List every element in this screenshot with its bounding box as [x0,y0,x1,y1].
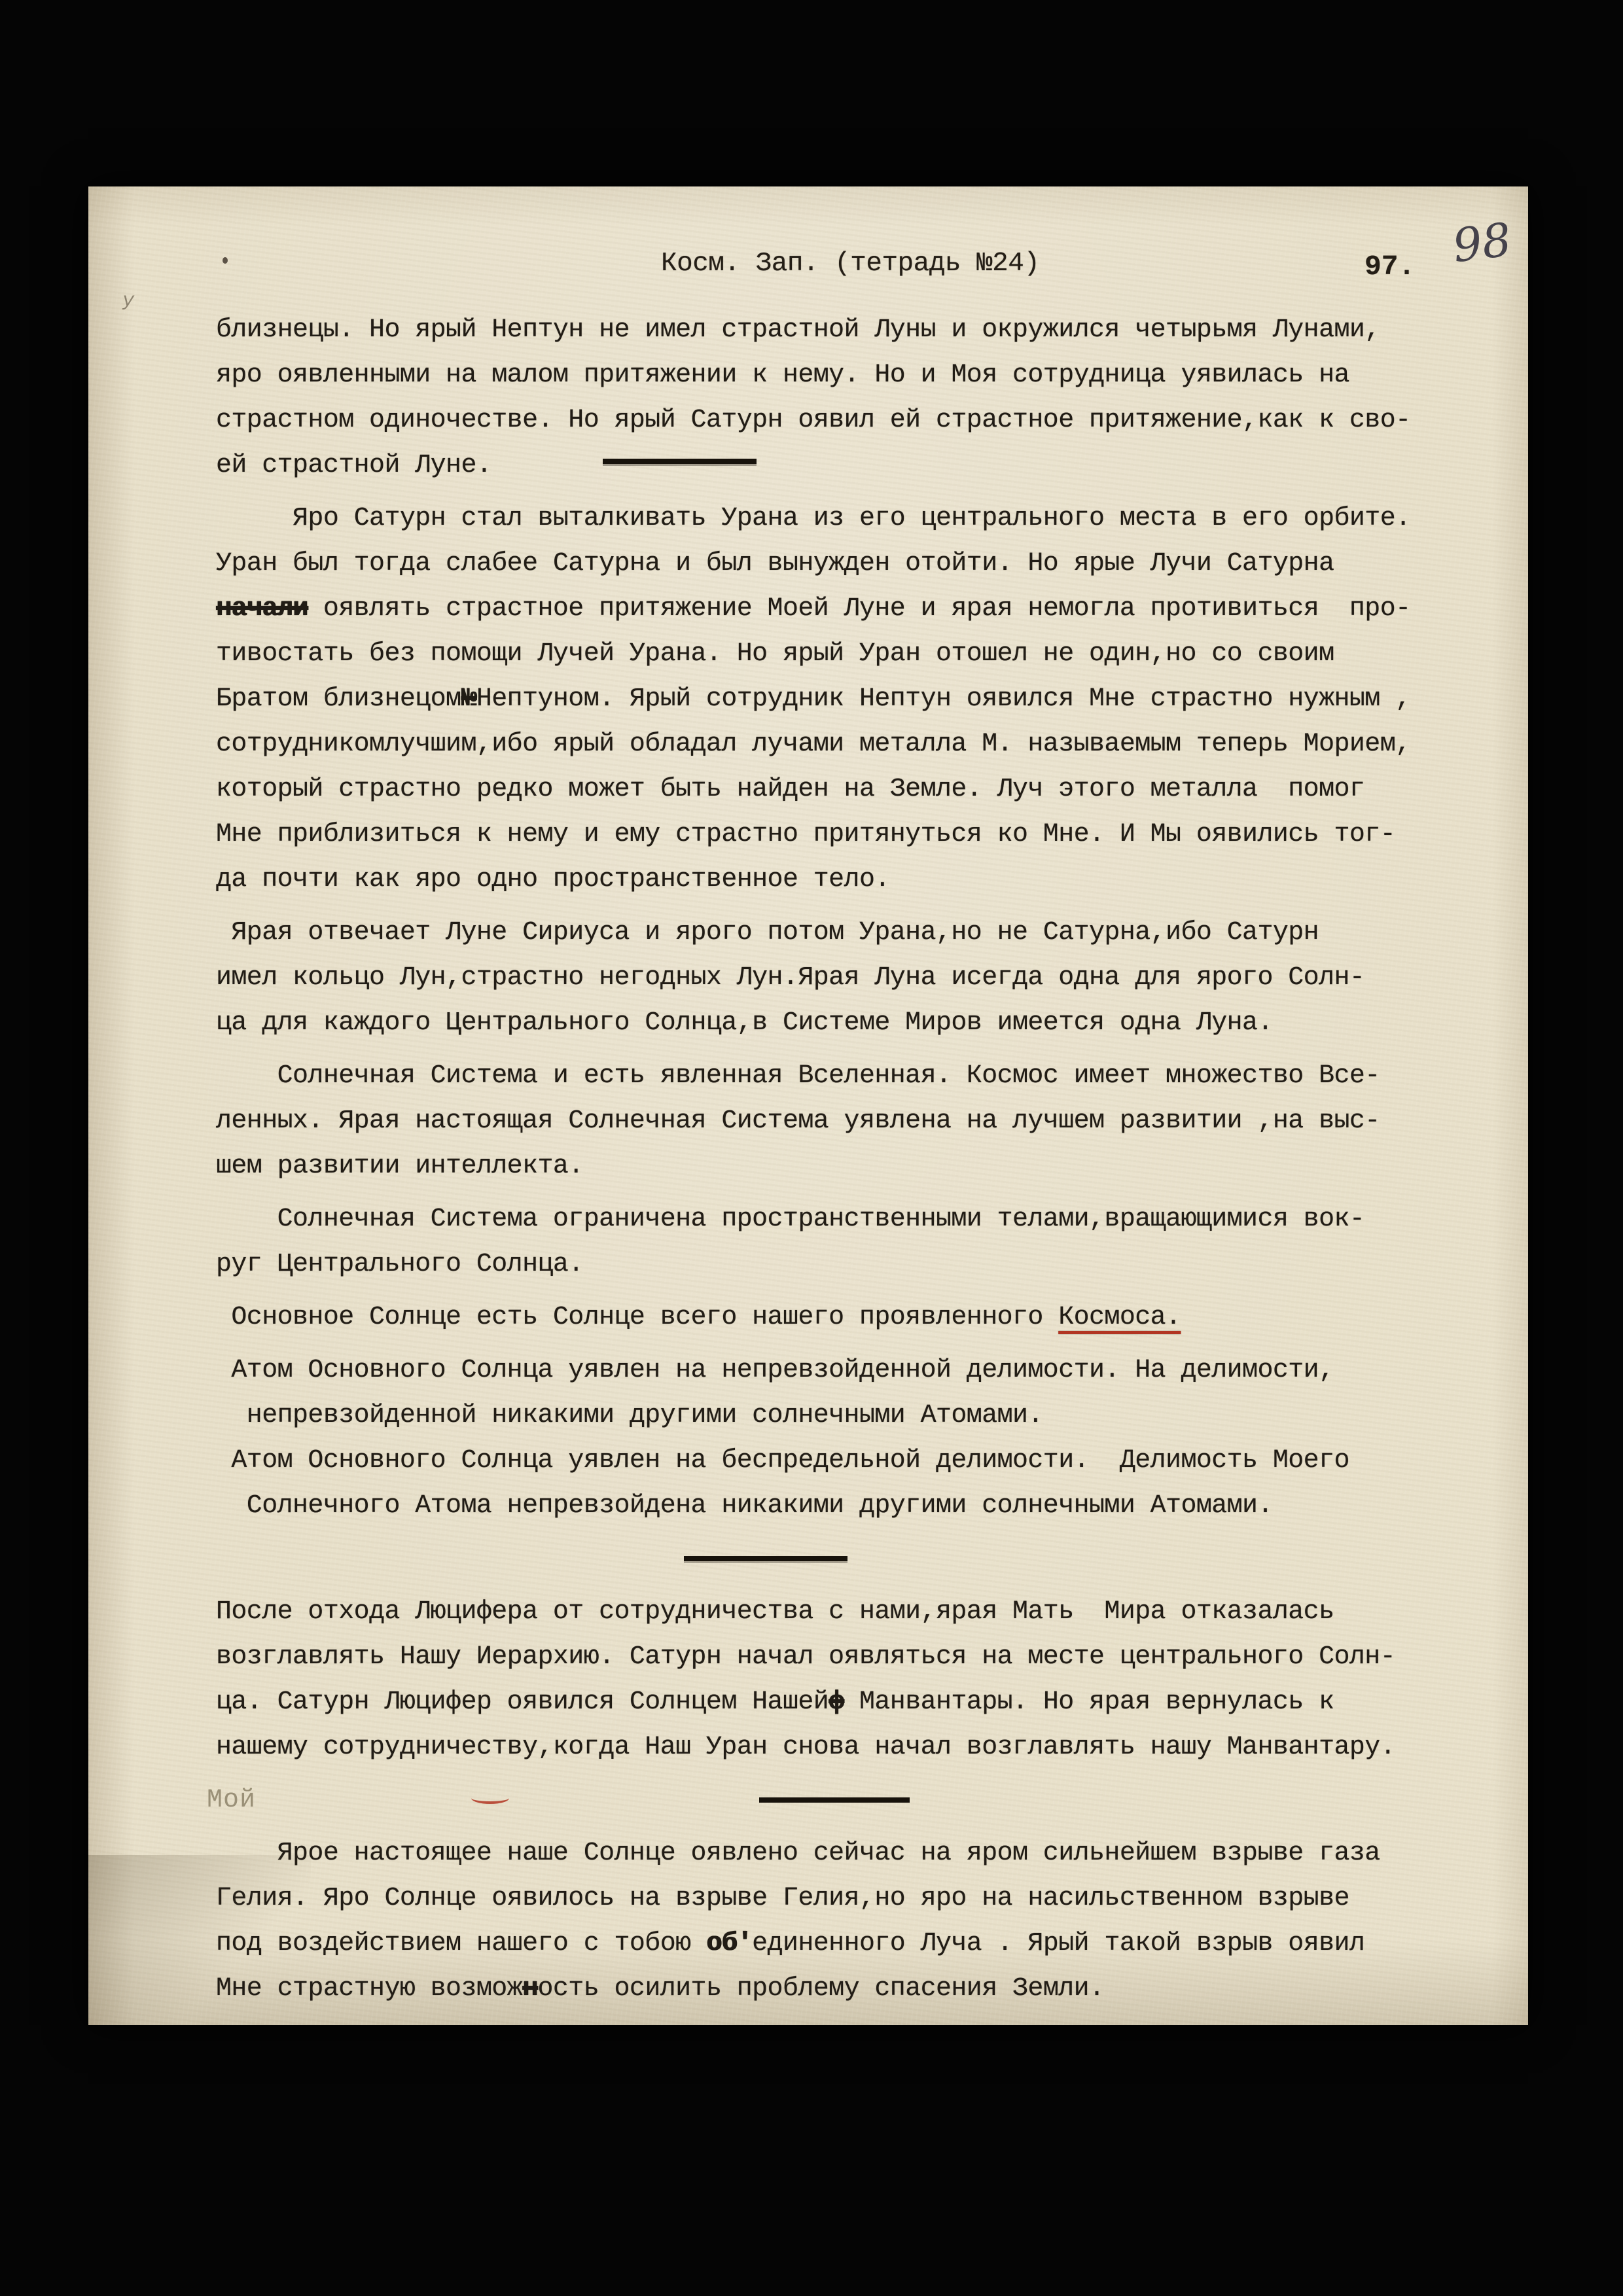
text-segment: руг Центрального Солнца. [216,1250,584,1279]
text-line: тивостать без помощи Лучей Урана. Но яры… [216,631,1436,677]
scan-background: y Косм. Зап. (тетрадь №24) 97. 98 близне… [0,0,1623,2296]
text-segment: близнецы. Но ярый Нептун не имел страстн… [216,315,1380,345]
typed-page-number: 97. [1364,251,1415,283]
text-segment: Манвантары. Но ярая вернулась к [844,1687,1334,1717]
section-divider [759,1797,910,1803]
text-line: начали оявлять страстное притяжение Моей… [216,586,1436,631]
text-line: Уран был тогда слабее Сатурна и был выну… [216,541,1436,586]
text-segment: который страстно редко может быть найден… [216,775,1364,804]
text-line: шем развитии интеллекта. [216,1144,1436,1189]
text-line: Солнечного Атома непревзойдена никакими … [216,1483,1436,1528]
text-line: ца. Сатурн Люцифер оявился Солнцем Нашей… [216,1680,1436,1725]
text-line: Солнечная Система ограничена пространств… [216,1197,1436,1242]
text-segment: Братом близнецом [216,684,461,714]
text-line: Ярая отвечает Луне Сириуса и ярого потом… [216,910,1436,955]
text-segment: Солнечного Атома непревзойдена никакими … [216,1491,1273,1521]
text-segment: возглавлять Нашу Иерархию. Сатурн начал … [216,1642,1395,1672]
text-segment-struck: ф [829,1687,844,1717]
paragraph: Солнечная Система ограничена пространств… [216,1197,1436,1287]
text-segment-struck: № [461,684,476,714]
document-body: близнецы. Но ярый Нептун не имел страстн… [216,308,1436,2011]
ink-speck [223,257,228,264]
text-line: ей страстной Луне. [216,443,1436,488]
paragraph: Солнечная Система и есть явленная Вселен… [216,1053,1436,1189]
handwritten-page-number: 98 [1450,213,1514,273]
paper-page: y Косм. Зап. (тетрадь №24) 97. 98 близне… [88,186,1528,2025]
text-line: яро оявленными на малом притяжении к нем… [216,353,1436,398]
text-segment: оявлять страстное притяжение Моей Луне и… [308,594,1410,624]
text-line: да почти как яро одно пространственное т… [216,857,1436,902]
text-segment-struck: начали [216,594,308,624]
paragraph: близнецы. Но ярый Нептун не имел страстн… [216,308,1436,488]
text-segment: Ярая отвечает Луне Сириуса и ярого потом… [216,918,1319,947]
text-segment: Нептуном. Ярый сотрудник Нептун оявился … [476,684,1411,714]
text-line: Братом близнецом№Нептуном. Ярый сотрудни… [216,677,1436,722]
text-line: руг Центрального Солнца. [216,1242,1436,1287]
text-line: ленных. Ярая настоящая Солнечная Система… [216,1099,1436,1144]
stray-mark: y [122,290,134,312]
text-line: под воздействием нашего с тобою об'едине… [216,1921,1436,1966]
text-segment: ца для каждого Центрального Солнца,в Сис… [216,1008,1273,1038]
section-divider [684,1556,847,1561]
margin-note-row: Мой [216,1778,1436,1823]
text-segment: Мне страстную возмож [216,1974,522,2004]
paragraph: Атом Основного Солнца уявлен на непревзо… [216,1348,1436,1528]
text-segment: страстном одиночестве. Но ярый Сатурн оя… [216,406,1411,435]
margin-note: Мой [207,1778,256,1823]
text-line: страстном одиночестве. Но ярый Сатурн оя… [216,398,1436,443]
text-segment: Атом Основного Солнца уявлен на непревзо… [216,1356,1334,1385]
page-title: Косм. Зап. (тетрадь №24) [661,249,1040,279]
text-line: Гелия. Яро Солнце оявилось на взрыве Гел… [216,1876,1436,1921]
text-line: ца для каждого Центрального Солнца,в Сис… [216,1000,1436,1046]
text-segment: единенного Луча . Ярый такой взрыв оявил [752,1929,1364,1958]
text-segment: Гелия. Яро Солнце оявилось на взрыве Гел… [216,1884,1349,1913]
text-line: который страстно редко может быть найден… [216,767,1436,812]
text-segment: шем развитии интеллекта. [216,1152,584,1181]
text-line: Атом Основного Солнца уявлен на беспреде… [216,1438,1436,1483]
text-segment: да почти как яро одно пространственное т… [216,865,890,894]
text-segment: под воздействием нашего с тобою [216,1929,706,1958]
text-segment: Атом Основного Солнца уявлен на беспреде… [216,1446,1349,1475]
text-segment: сотрудникомлучшим,ибо ярый обладал лучам… [216,730,1411,759]
text-line: Атом Основного Солнца уявлен на непревзо… [216,1348,1436,1393]
section-divider-row [216,1536,1436,1581]
text-segment: Основное Солнце есть Солнце всего нашего… [216,1303,1058,1332]
inline-section-divider [603,459,757,464]
text-line: нашему сотрудничеству,когда Наш Уран сно… [216,1725,1436,1770]
text-segment: непревзойденной никакими другими солнечн… [216,1401,1043,1430]
text-line: Мне страстную возможность осилить пробле… [216,1966,1436,2011]
text-line: Ярое настоящее наше Солнце оявлено сейча… [216,1831,1436,1876]
red-pencil-tick [471,1792,509,1804]
text-line: имел кольцо Лун,страстно негодных Лун.Яр… [216,955,1436,1000]
text-segment: ей страстной Луне. [216,451,491,480]
text-segment: Солнечная Система ограничена пространств… [216,1205,1364,1234]
text-line: После отхода Люцифера от сотрудничества … [216,1589,1436,1634]
text-line: Основное Солнце есть Солнце всего нашего… [216,1295,1436,1340]
paragraph: Ярая отвечает Луне Сириуса и ярого потом… [216,910,1436,1046]
text-line: Солнечная Система и есть явленная Вселен… [216,1053,1436,1099]
paragraph: Основное Солнце есть Солнце всего нашего… [216,1295,1436,1340]
text-line: Мне приблизиться к нему и ему страстно п… [216,812,1436,857]
text-segment: нашему сотрудничеству,когда Наш Уран сно… [216,1733,1395,1762]
text-segment: тивостать без помощи Лучей Урана. Но яры… [216,639,1334,669]
text-segment: Солнечная Система и есть явленная Вселен… [216,1061,1380,1091]
text-segment-redline: Космоса. [1058,1303,1181,1332]
text-segment: ца. Сатурн Люцифер оявился Солнцем Нашей [216,1687,829,1717]
text-segment-struck: н [522,1974,537,2004]
text-line: непревзойденной никакими другими солнечн… [216,1393,1436,1438]
text-segment: ленных. Ярая настоящая Солнечная Система… [216,1106,1380,1136]
text-segment: Ярое настоящее наше Солнце оявлено сейча… [216,1839,1380,1868]
text-line: близнецы. Но ярый Нептун не имел страстн… [216,308,1436,353]
text-line: Яро Сатурн стал выталкивать Урана из его… [216,496,1436,541]
text-segment: После отхода Люцифера от сотрудничества … [216,1597,1334,1627]
paragraph: Ярое настоящее наше Солнце оявлено сейча… [216,1831,1436,2011]
text-line: возглавлять Нашу Иерархию. Сатурн начал … [216,1634,1436,1680]
paragraph: После отхода Люцифера от сотрудничества … [216,1589,1436,1770]
text-segment-overtyped: об' [706,1929,752,1958]
text-line: сотрудникомлучшим,ибо ярый обладал лучам… [216,722,1436,767]
text-segment: Уран был тогда слабее Сатурна и был выну… [216,549,1334,578]
text-segment: имел кольцо Лун,страстно негодных Лун.Яр… [216,963,1364,993]
paragraph: Яро Сатурн стал выталкивать Урана из его… [216,496,1436,902]
text-segment: Мне приблизиться к нему и ему страстно п… [216,820,1395,849]
text-segment: ость осилить проблему спасения Земли. [538,1974,1105,2004]
text-segment: яро оявленными на малом притяжении к нем… [216,361,1349,390]
text-segment: Яро Сатурн стал выталкивать Урана из его… [216,504,1411,533]
